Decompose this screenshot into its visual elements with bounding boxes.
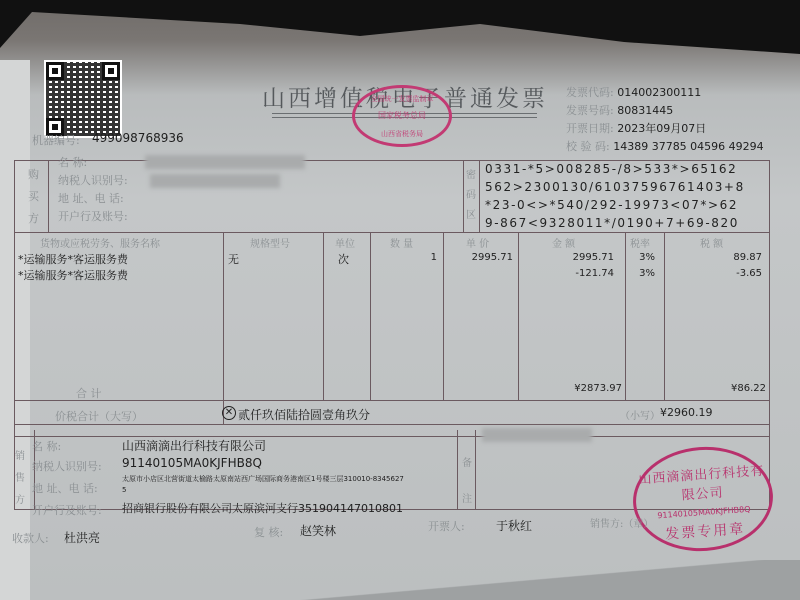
header-tax: 税 额 — [700, 235, 723, 250]
drawer: 于秋红 — [496, 517, 532, 534]
check-code: 14389 37785 04596 49294 — [613, 140, 763, 153]
item-row-1-amount: 2995.71 — [518, 252, 614, 263]
grand-total-value: ¥2960.19 — [660, 406, 713, 419]
seller-bank-label: 开户行及账号: — [32, 502, 102, 518]
machine-no-label: 机器编号: — [32, 132, 80, 148]
buyer-name-redacted — [145, 155, 305, 169]
seller-section-label: 销售方 — [14, 446, 26, 512]
cipher-area: 0331-*5>008285-/8>533*>65162 562>2300130… — [485, 160, 745, 232]
item-row-2-rate: 3% — [625, 268, 655, 279]
drawer-label: 开票人: — [428, 518, 465, 534]
tax-bureau-stamp: 全国统一发票监制章 国家税务总局 山西省税务局 — [352, 85, 452, 147]
header-rate: 税率 — [630, 235, 650, 250]
buyer-name-label: 名 称: — [58, 154, 128, 172]
check-code-label: 校 验 码: — [566, 140, 610, 153]
total-tax: ¥86.22 — [664, 383, 766, 394]
buyer-bank-label: 开户行及账号: — [58, 208, 128, 226]
buyer-section-label: 购买方 — [28, 164, 40, 230]
header-qty: 数 量 — [390, 235, 413, 250]
seller-address-label: 地 址、电 话: — [32, 480, 98, 496]
buyer-labels: 名 称: 纳税人识别号: 地 址、电 话: 开户行及账号: — [58, 154, 128, 226]
grand-total-label: 价税合计（大写） — [55, 408, 143, 424]
machine-no: 499098768936 — [92, 131, 184, 145]
invoice-code-label: 发票代码: — [566, 86, 614, 99]
seller-bank: 招商银行股份有限公司太原滨河支行351904147010801 — [122, 500, 403, 516]
payee: 杜洪亮 — [64, 529, 100, 546]
invoice-no-label: 发票号码: — [566, 104, 614, 117]
issue-date-label: 开票日期: — [566, 122, 614, 135]
remarks-label: 备注 — [462, 446, 472, 518]
item-row-1-price: 2995.71 — [443, 252, 513, 263]
grand-total-small-label: （小写） — [620, 407, 660, 422]
item-row-2-amount: -121.74 — [518, 268, 614, 279]
buyer-tax-id-redacted — [150, 174, 280, 188]
total-amount: ¥2873.97 — [518, 383, 622, 394]
invoice-meta: 发票代码: 014002300111 发票号码: 80831445 开票日期: … — [566, 84, 764, 156]
reviewer-label: 复 核: — [254, 524, 283, 540]
cipher-section-label: 密码区 — [466, 166, 476, 226]
item-row-1-rate: 3% — [625, 252, 655, 263]
item-row-1-qty: 1 — [370, 252, 437, 263]
buyer-tax-id-label: 纳税人识别号: — [58, 172, 128, 190]
seller-tax-id: 91140105MA0KJFHB8Q — [122, 456, 262, 470]
issue-date: 2023年09月07日 — [617, 122, 706, 135]
item-row-2-name: *运输服务*客运服务费 — [18, 267, 128, 283]
remarks-redacted — [482, 428, 592, 442]
item-row-1-unit: 次 — [338, 251, 349, 267]
seller-address: 太原市小店区北营街道太榆路太原南站西广场国际商务港南区1号楼三层310010-8… — [122, 474, 404, 484]
header-unit: 单位 — [335, 235, 355, 250]
seller-name: 山西滴滴出行科技有限公司 — [122, 437, 266, 454]
qr-code — [44, 60, 122, 138]
header-price: 单 价 — [466, 235, 489, 250]
item-row-1-spec: 无 — [228, 251, 239, 267]
total-label: 合 计 — [76, 385, 102, 401]
seller-seal-label: 销售方:（章） — [590, 515, 653, 530]
seller-address-cont: 5 — [122, 486, 126, 494]
item-row-2-tax: -3.65 — [664, 268, 762, 279]
seller-name-label: 名 称: — [32, 438, 61, 454]
grand-total-words: 贰仟玖佰陆拾圆壹角玖分 — [238, 406, 370, 423]
reviewer: 赵笑林 — [300, 522, 336, 539]
item-row-1-tax: 89.87 — [664, 252, 762, 263]
payee-label: 收款人: — [12, 530, 49, 546]
header-spec: 规格型号 — [250, 235, 290, 250]
header-amount: 金 额 — [552, 235, 575, 250]
header-item-name: 货物或应税劳务、服务名称 — [40, 235, 160, 250]
buyer-address-label: 地 址、电 话: — [58, 190, 128, 208]
circled-x-icon: ✕ — [222, 406, 236, 420]
invoice-code: 014002300111 — [617, 86, 701, 99]
item-row-1-name: *运输服务*客运服务费 — [18, 251, 128, 267]
seller-tax-id-label: 纳税人识别号: — [32, 458, 102, 474]
invoice-no: 80831445 — [617, 104, 673, 117]
paper-edge — [0, 560, 800, 600]
